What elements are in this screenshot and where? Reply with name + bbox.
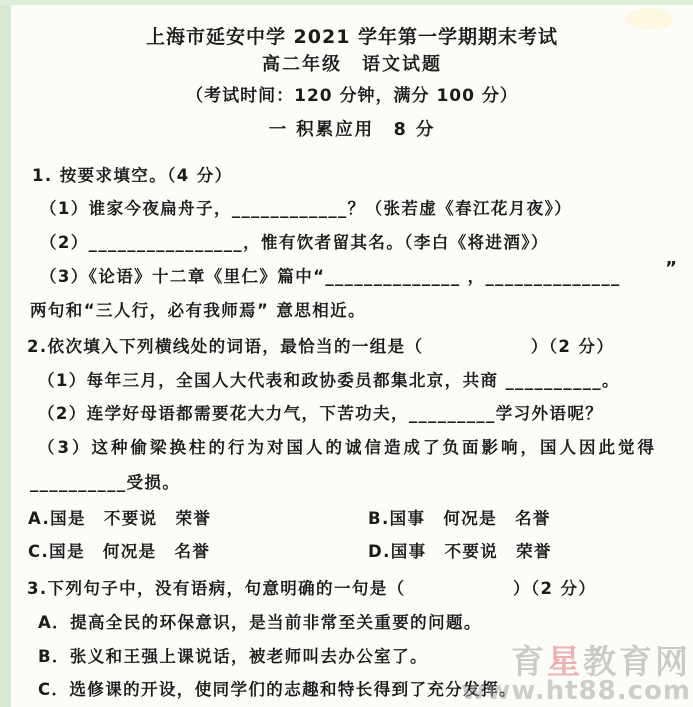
question2-option-c: C.国是 何况是 名誉	[28, 541, 210, 563]
question2-option-b: B.国事 何况是 名誉	[368, 508, 551, 530]
watermark-site-name-part1: 育	[511, 642, 547, 681]
question3-stem: 3.下列句子中，没有语病，句意明确的一句是（ ）（2 分）	[27, 578, 596, 600]
question3-stem-emphasis: 没有语病	[155, 579, 227, 598]
question3-option-a: A．提高全民的环保意识，是当前非常至关重要的问题。	[38, 612, 482, 634]
question2-part2: （2）连学好母语都需要花大力气，下苦功夫，_________学习外语呢？	[38, 403, 603, 425]
question1-part2: （2）________________，惟有饮者留其名。（李白《将进酒》）	[40, 232, 549, 254]
question1-part3-continuation: 两句和“三人行，必有我师焉” 意思相近。	[30, 300, 366, 322]
question1-part3-closing-quote: ”	[665, 258, 677, 279]
exam-info: （考试时间：120 分钟，满分 100 分）	[11, 85, 693, 107]
question3-option-c: C．选修课的开设，使同学们的志趣和特长得到了充分发挥。	[38, 679, 517, 701]
question2-option-a: A.国是 不要说 荣誉	[28, 508, 211, 530]
watermark-site-name-part2: 教育网	[583, 642, 691, 681]
watermark-site-name: 育星教育网	[461, 645, 691, 679]
question2-part3-line2: __________受损。	[30, 472, 180, 494]
scan-edge-top	[0, 0, 693, 5]
question1-stem: 1. 按要求填空。（4 分）	[32, 165, 233, 187]
question3-option-b: B．张义和王强上课说话，被老师叫去办公室了。	[38, 646, 428, 668]
scanned-exam-paper: 上海市延安中学 2021 学年第一学期期末考试 高二年级 语文试题 （考试时间：…	[0, 0, 693, 707]
question3-stem-prefix: 3.下列句子中，	[27, 579, 155, 598]
question1-part3: （3）《论语》十二章《里仁》篇中“______________ ，_______…	[40, 266, 621, 288]
exam-title: 上海市延安中学 2021 学年第一学期期末考试	[11, 26, 693, 48]
question2-part1: （1）每年三月，全国人大代表和政协委员都集北京，共商 __________。	[38, 370, 620, 392]
section-heading: 一 积累应用 8 分	[11, 119, 693, 141]
scan-edge-left	[0, 0, 11, 707]
question3-stem-suffix: ，句意明确的一句是（ ）（2 分）	[227, 579, 597, 598]
question2-stem: 2.依次填入下列横线处的词语，最恰当的一组是（ ）（2 分）	[27, 336, 614, 358]
exam-subtitle: 高二年级 语文试题	[11, 54, 693, 76]
question1-part1: （1）谁家今夜扁舟子，____________？（张若虚《春江花月夜》）	[40, 198, 572, 220]
question2-part3-line1: （3）这种偷梁换柱的行为对国人的诚信造成了负面影响，国人因此觉得	[38, 437, 657, 459]
question2-option-d: D.国事 不要说 荣誉	[368, 541, 552, 563]
watermark-site-name-highlight: 星	[547, 642, 583, 681]
